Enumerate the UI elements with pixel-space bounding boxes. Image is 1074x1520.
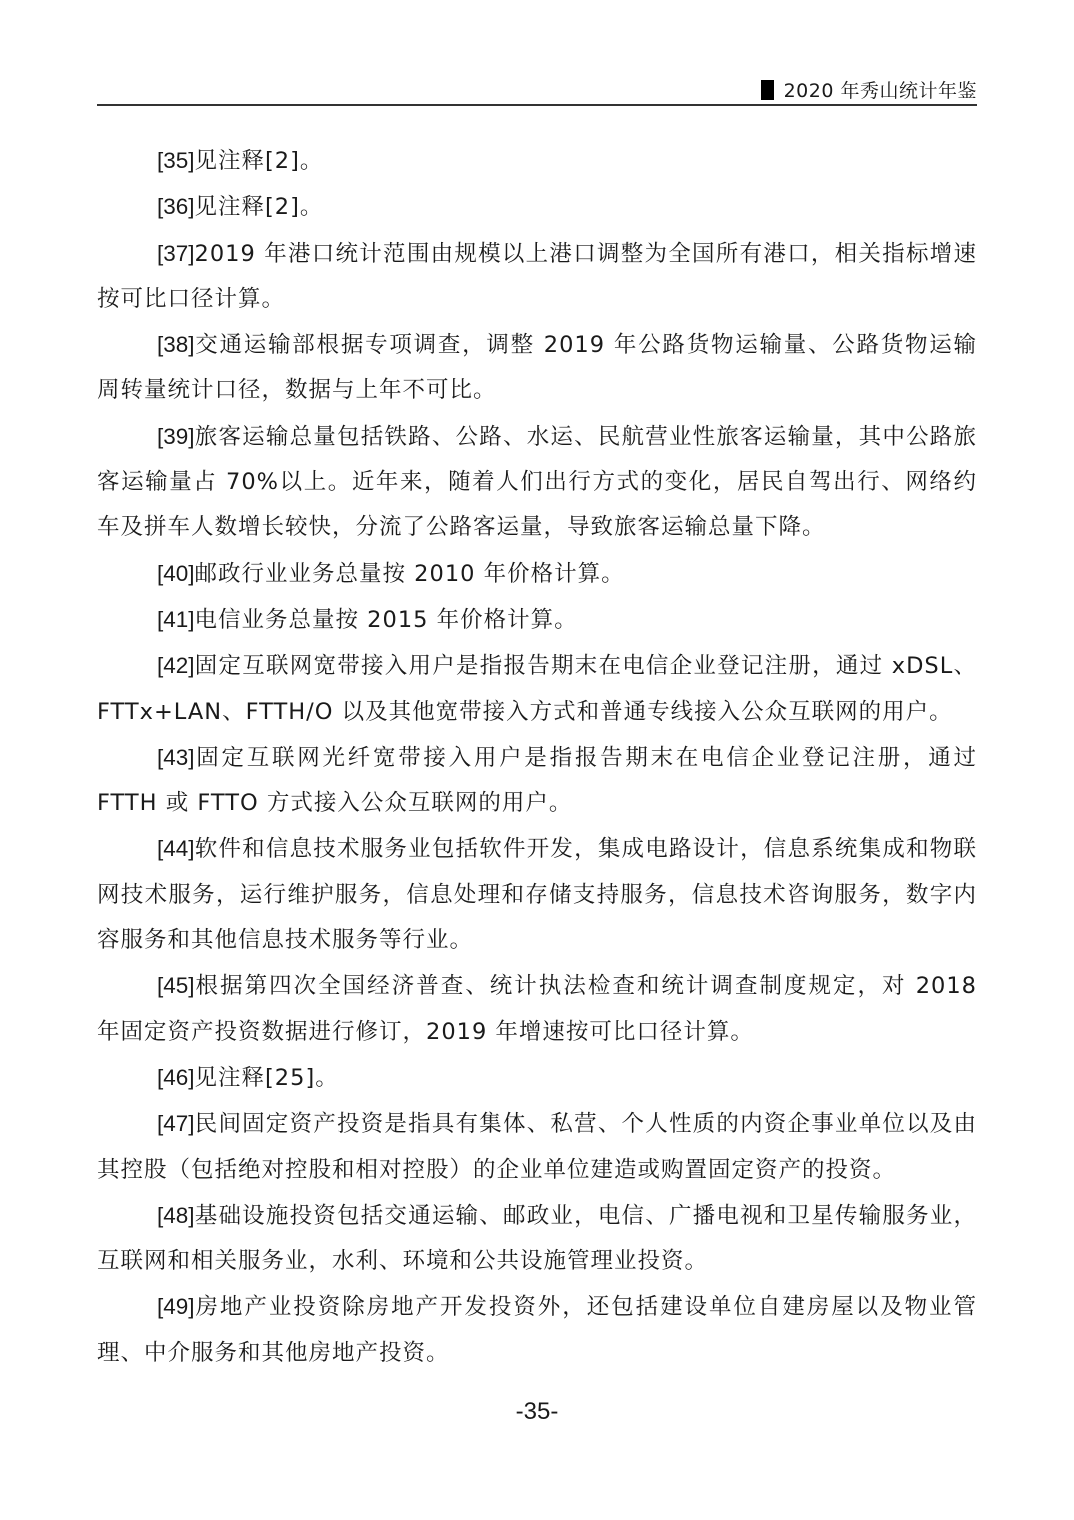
page-number: -35- [0,1398,1074,1426]
header-title-text: 2020 年秀山统计年鉴 [784,76,977,103]
note-35: [35]见注释[2]。 [97,138,977,184]
note-40: [40]邮政行业业务总量按 2010 年价格计算。 [97,551,977,597]
note-text: 见注释[25]。 [195,1065,339,1091]
note-ref: [46] [157,1065,195,1090]
note-38: [38]交通运输部根据专项调查，调整 2019 年公路货物运输量、公路货物运输周… [97,322,977,414]
note-ref: [37] [157,241,195,266]
note-text: 软件和信息技术服务业包括软件开发，集成电路设计，信息系统集成和物联网技术服务，运… [97,836,977,953]
notes-body: [35]见注释[2]。 [36]见注释[2]。 [37]2019 年港口统计范围… [97,138,977,1376]
note-ref: [48] [157,1203,195,1228]
note-text: 邮政行业业务总量按 2010 年价格计算。 [195,561,625,587]
note-text: 根据第四次全国经济普查、统计执法检查和统计调查制度规定，对 2018 年固定资产… [97,973,977,1044]
note-ref: [47] [157,1111,195,1136]
note-ref: [38] [157,332,195,357]
note-41: [41]电信业务总量按 2015 年价格计算。 [97,597,977,643]
note-48: [48]基础设施投资包括交通运输、邮政业，电信、广播电视和卫星传输服务业，互联网… [97,1193,977,1285]
note-49: [49]房地产业投资除房地产开发投资外，还包括建设单位自建房屋以及物业管理、中介… [97,1284,977,1376]
note-ref: [39] [157,424,195,449]
note-ref: [45] [157,973,195,998]
note-text: 见注释[2]。 [195,148,324,174]
note-ref: [41] [157,607,195,632]
note-44: [44]软件和信息技术服务业包括软件开发，集成电路设计，信息系统集成和物联网技术… [97,826,977,963]
note-36: [36]见注释[2]。 [97,184,977,230]
note-42: [42]固定互联网宽带接入用户是指报告期末在电信企业登记注册，通过 xDSL、F… [97,643,977,735]
note-ref: [40] [157,561,195,586]
note-text: 民间固定资产投资是指具有集体、私营、个人性质的内资企事业单位以及由其控股（包括绝… [97,1111,977,1182]
note-ref: [42] [157,653,195,678]
note-ref: [43] [157,745,195,770]
note-ref: [44] [157,836,195,861]
header-block-mark-icon [761,80,774,100]
note-47: [47]民间固定资产投资是指具有集体、私营、个人性质的内资企事业单位以及由其控股… [97,1101,977,1193]
note-text: 见注释[2]。 [195,194,324,220]
note-text: 电信业务总量按 2015 年价格计算。 [195,607,578,633]
note-text: 固定互联网光纤宽带接入用户是指报告期末在电信企业登记注册，通过 FTTH 或 F… [97,745,977,816]
note-43: [43]固定互联网光纤宽带接入用户是指报告期末在电信企业登记注册，通过 FTTH… [97,735,977,827]
note-ref: [49] [157,1294,195,1319]
note-37: [37]2019 年港口统计范围由规模以上港口调整为全国所有港口，相关指标增速按… [97,231,977,323]
note-46: [46]见注释[25]。 [97,1055,977,1101]
note-text: 固定互联网宽带接入用户是指报告期末在电信企业登记注册，通过 xDSL、FTTx+… [97,653,977,724]
note-text: 基础设施投资包括交通运输、邮政业，电信、广播电视和卫星传输服务业，互联网和相关服… [97,1203,977,1274]
note-text: 旅客运输总量包括铁路、公路、水运、民航营业性旅客运输量，其中公路旅客运输量占 7… [97,424,977,541]
header-title: 2020 年秀山统计年鉴 [761,76,977,103]
note-text: 2019 年港口统计范围由规模以上港口调整为全国所有港口，相关指标增速按可比口径… [97,241,977,312]
note-text: 房地产业投资除房地产开发投资外，还包括建设单位自建房屋以及物业管理、中介服务和其… [97,1294,977,1365]
note-39: [39]旅客运输总量包括铁路、公路、水运、民航营业性旅客运输量，其中公路旅客运输… [97,414,977,551]
note-45: [45]根据第四次全国经济普查、统计执法检查和统计调查制度规定，对 2018 年… [97,963,977,1055]
note-text: 交通运输部根据专项调查，调整 2019 年公路货物运输量、公路货物运输周转量统计… [97,332,977,403]
note-ref: [35] [157,148,195,173]
running-header: 2020 年秀山统计年鉴 [97,74,977,106]
note-ref: [36] [157,194,195,219]
